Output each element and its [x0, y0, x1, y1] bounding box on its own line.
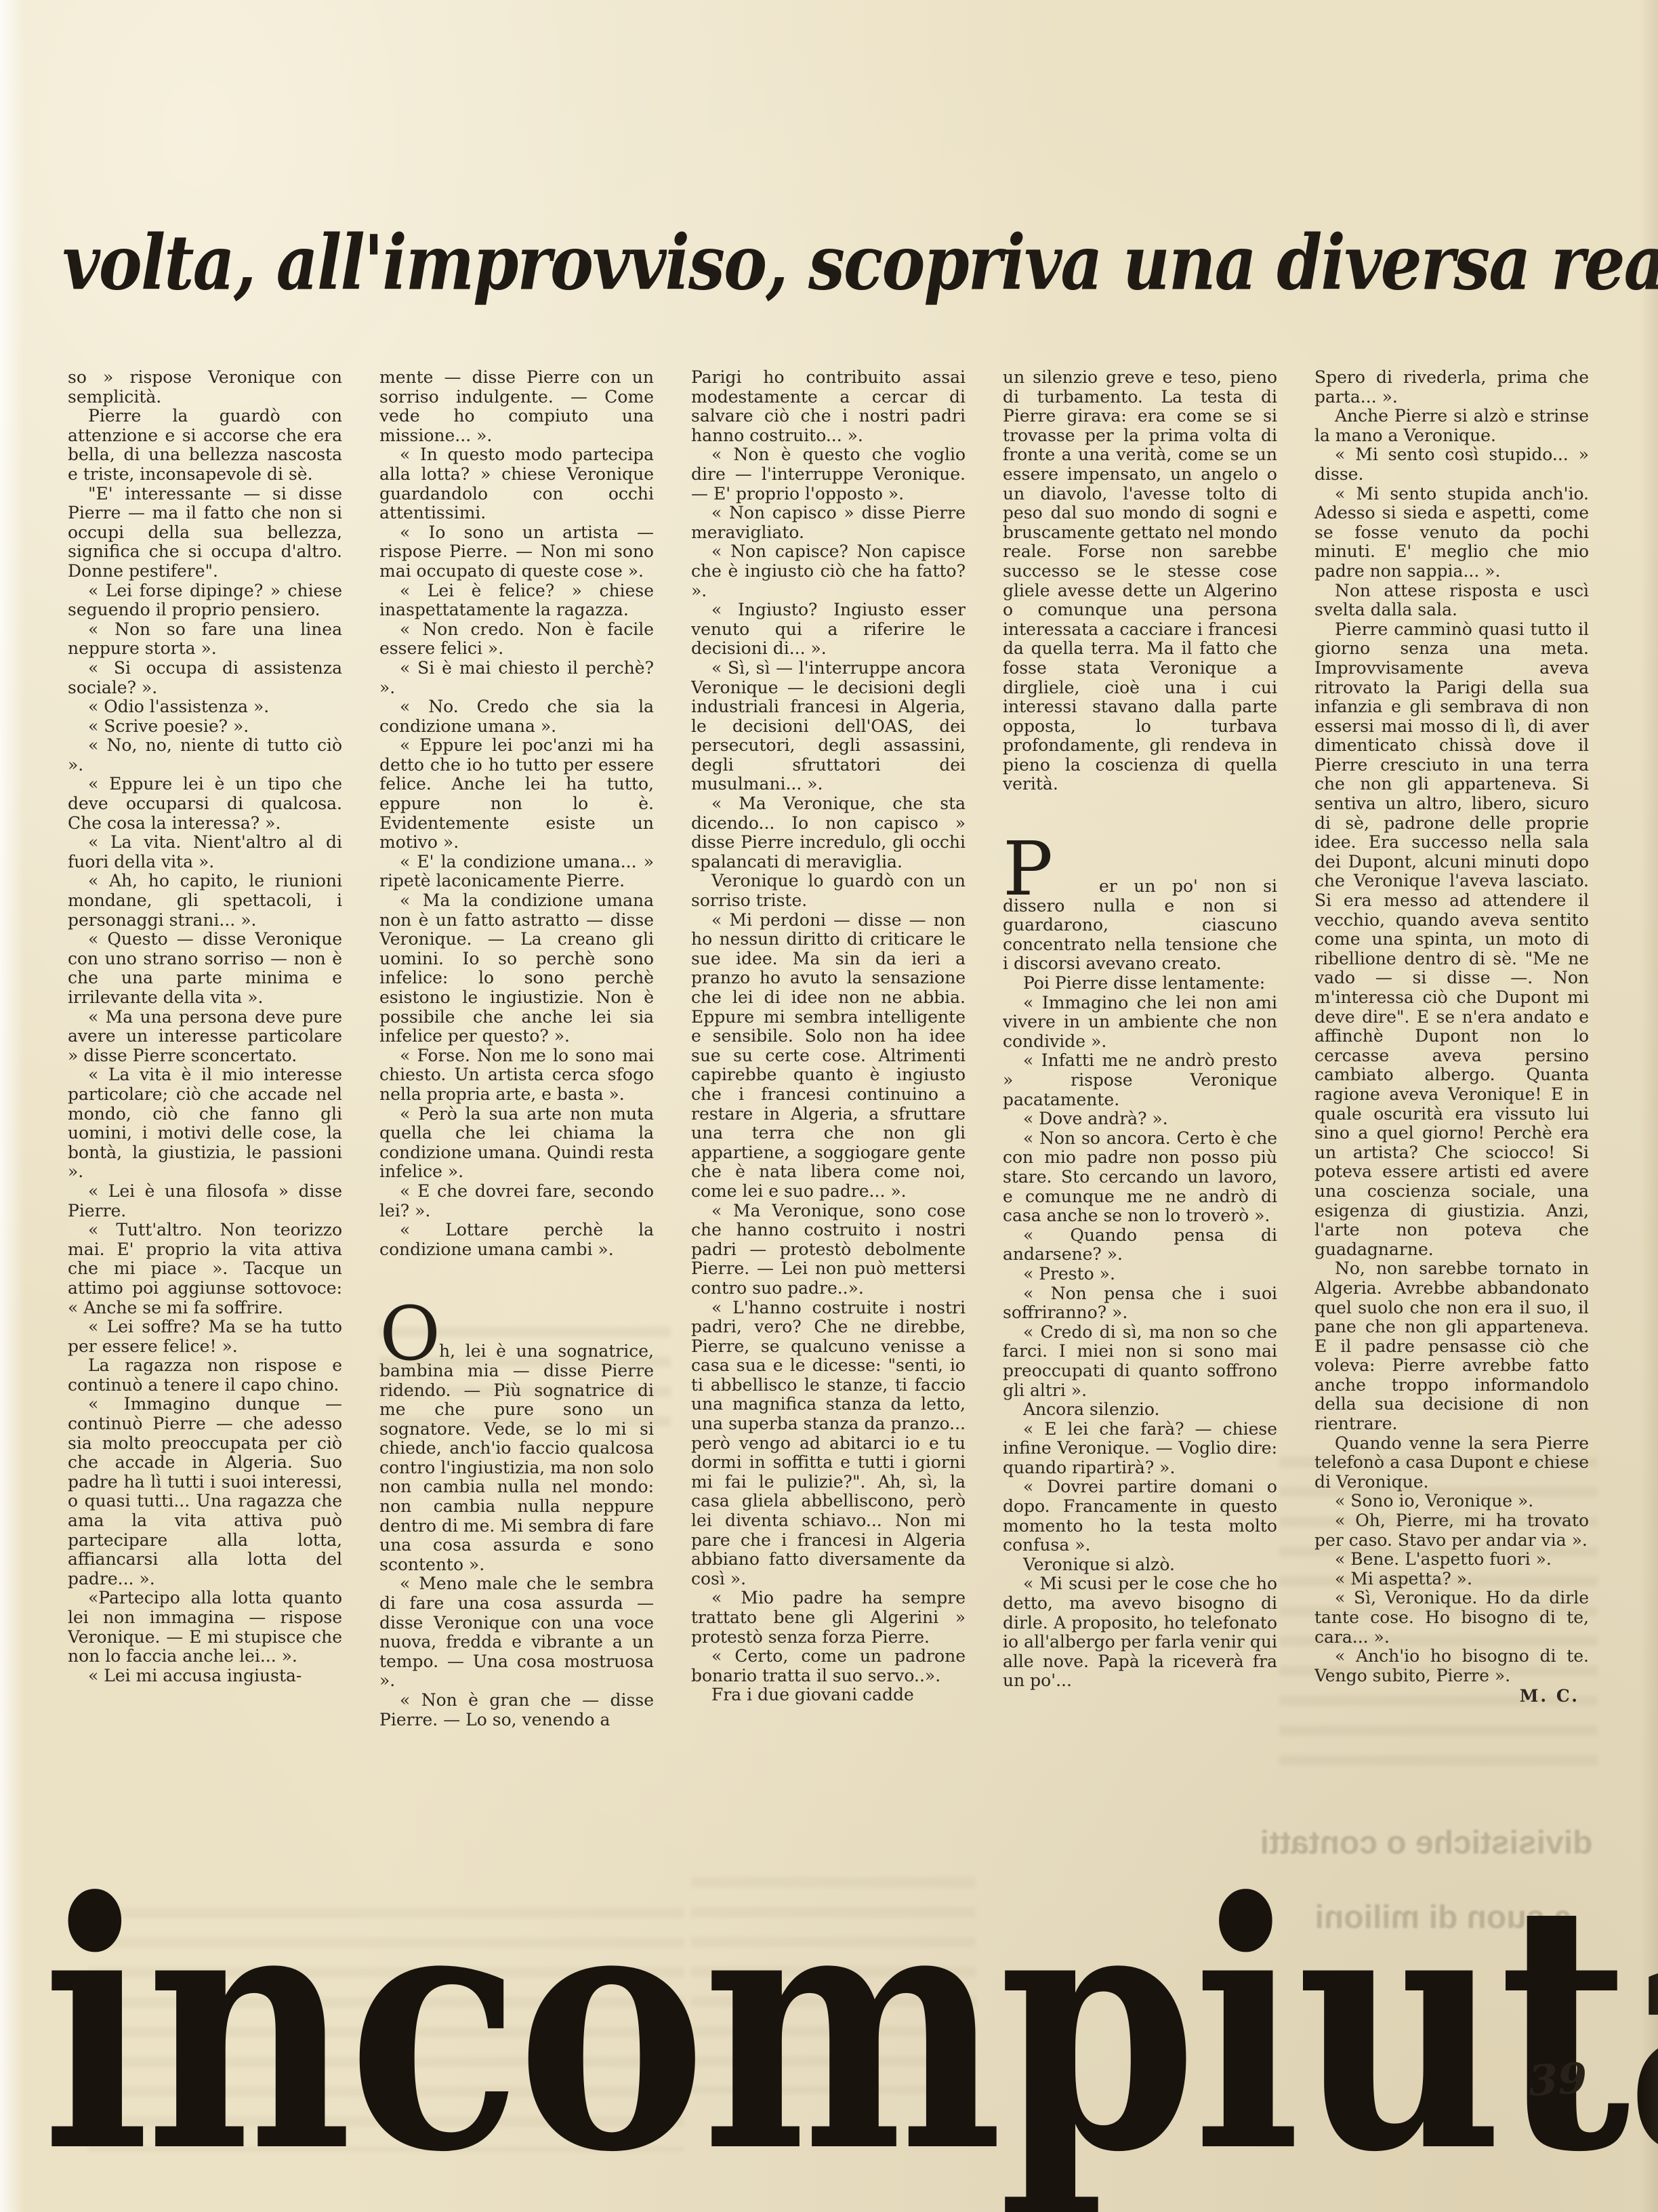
paragraph: Fra i due giovani cadde	[691, 1685, 966, 1705]
paragraph: « Quando pensa di andarsene? ».	[1003, 1226, 1277, 1265]
paragraph: Parigi ho contribuito assai modestamente…	[691, 368, 966, 445]
paragraph: « Immagino dunque — continuò Pierre — ch…	[68, 1395, 342, 1589]
paragraph: « Non è gran che — disse Pierre. — Lo so…	[379, 1691, 654, 1729]
paragraph: « Sono io, Veronique ».	[1314, 1492, 1589, 1511]
paragraph: Non attese risposta e uscì svelta dalla …	[1314, 581, 1589, 620]
paragraph: Poi Pierre disse lentamente:	[1003, 974, 1277, 994]
paragraph: Veronique si alzò.	[1003, 1555, 1277, 1575]
paragraph: « Ma una persona deve pure avere un inte…	[68, 1008, 342, 1066]
paragraph: « Però la sua arte non muta quella che l…	[379, 1105, 654, 1182]
paragraph: « Questo — disse Veronique con uno stran…	[68, 930, 342, 1007]
scan-edge-shadow	[1640, 0, 1658, 2212]
text-column: so » rispose Veronique con semplicità.Pi…	[68, 368, 342, 1869]
paragraph: « Bene. L'aspetto fuori ».	[1314, 1550, 1589, 1570]
paragraph: « E che dovrei fare, secondo lei? ».	[379, 1182, 654, 1221]
paragraph: « Ma la condizione umana non è un fatto …	[379, 891, 654, 1046]
paragraph: « Tutt'altro. Non teorizzo mai. E' propr…	[68, 1221, 342, 1317]
big-headline-word: incompiuta	[42, 1858, 1658, 2197]
paragraph: « Eppure lei è un tipo che deve occupars…	[68, 775, 342, 833]
paragraph: « Non so fare una linea neppure storta »…	[68, 620, 342, 659]
paragraph: « Mi aspetta? ».	[1314, 1570, 1589, 1589]
paragraph: « Si è mai chiesto il perchè? ».	[379, 659, 654, 697]
paragraph: « Mi perdoni — disse — non ho nessun dir…	[691, 911, 966, 1202]
paragraph: Anche Pierre si alzò e strinse la mano a…	[1314, 407, 1589, 445]
paragraph: « Ma Veronique, che sta dicendo... Io no…	[691, 794, 966, 872]
text-column: Spero di rivederla, prima che parta... »…	[1314, 368, 1589, 1869]
paragraph: « No. Credo che sia la condizione umana …	[379, 697, 654, 736]
paragraph: « E' la condizione umana... » ripetè lac…	[379, 853, 654, 891]
paragraph: « Mi sento stupida anch'io. Adesso si si…	[1314, 485, 1589, 581]
paragraph: Quando venne la sera Pierre telefonò a c…	[1314, 1434, 1589, 1492]
paragraph: « Ah, ho capito, le riunioni mondane, gl…	[68, 872, 342, 930]
paragraph: mente — disse Pierre con un sorriso indu…	[379, 368, 654, 445]
paragraph: « Non capisce? Non capisce che è ingiust…	[691, 542, 966, 600]
article-columns: so » rispose Veronique con semplicità.Pi…	[68, 368, 1589, 1869]
kicker-title: volta, all'improvviso, scopriva una dive…	[62, 218, 1658, 307]
paragraph: «Partecipo alla lotta quanto lei non imm…	[68, 1589, 342, 1666]
paragraph: « Immagino che lei non ami vivere in un …	[1003, 994, 1277, 1052]
paragraph: « Lei è felice? » chiese inaspettatament…	[379, 581, 654, 620]
paragraph: « Sì, sì — l'interruppe ancora Veronique…	[691, 659, 966, 794]
paragraph: « Forse. Non me lo sono mai chiesto. Un …	[379, 1046, 654, 1105]
scan-edge-highlight	[0, 0, 24, 2212]
paragraph: Per un po' non si dissero nulla e non si…	[1003, 877, 1277, 974]
paragraph: « Presto ».	[1003, 1265, 1277, 1284]
paragraph: Spero di rivederla, prima che parta... »…	[1314, 368, 1589, 407]
paragraph: « Infatti me ne andrò presto » rispose V…	[1003, 1051, 1277, 1109]
paragraph: « Odio l'assistenza ».	[68, 697, 342, 717]
paragraph: « Non pensa che i suoi soffriranno? ».	[1003, 1284, 1277, 1323]
paragraph: « Io sono un artista — rispose Pierre. —…	[379, 523, 654, 581]
drop-cap-letter: O	[379, 1300, 440, 1368]
paragraph: Pierre camminò quasi tutto il giorno sen…	[1314, 620, 1589, 1260]
paragraph: so » rispose Veronique con semplicità.	[68, 368, 342, 407]
paragraph: « L'hanno costruite i nostri padri, vero…	[691, 1298, 966, 1589]
paragraph: Veronique lo guardò con un sorriso trist…	[691, 872, 966, 910]
text-column: mente — disse Pierre con un sorriso indu…	[379, 368, 654, 1869]
paragraph: « Non capisco » disse Pierre meravigliat…	[691, 504, 966, 542]
author-initials: M. C.	[1314, 1687, 1589, 1706]
paragraph: « Mio padre ha sempre trattato bene gli …	[691, 1589, 966, 1647]
paragraph: Ancora silenzio.	[1003, 1400, 1277, 1420]
paragraph: « Scrive poesie? ».	[68, 717, 342, 737]
paragraph: « Mi scusi per le cose che ho detto, ma …	[1003, 1574, 1277, 1691]
paragraph: « La vita è il mio interesse particolare…	[68, 1065, 342, 1182]
paragraph: « In questo modo partecipa alla lotta? »…	[379, 445, 654, 523]
text-column: un silenzio greve e teso, pieno di turba…	[1003, 368, 1277, 1869]
paragraph: « Certo, come un padrone bonario tratta …	[691, 1647, 966, 1685]
paragraph: "E' interessante — si disse Pierre — ma …	[68, 485, 342, 581]
paragraph: « Credo di sì, ma non so che farci. I mi…	[1003, 1323, 1277, 1400]
paragraph: Oh, lei è una sognatrice, bambina mia — …	[379, 1342, 654, 1574]
paragraph: « Non è questo che voglio dire — l'inter…	[691, 445, 966, 504]
drop-cap-letter: P	[1003, 835, 1053, 903]
paragraph: « Lottare perchè la condizione umana cam…	[379, 1221, 654, 1259]
paragraph: « Si occupa di assistenza sociale? ».	[68, 659, 342, 697]
paragraph: « Non credo. Non è facile essere felici …	[379, 620, 654, 659]
text-column: Parigi ho contribuito assai modestamente…	[691, 368, 966, 1869]
paragraph: « Meno male che le sembra di fare una co…	[379, 1574, 654, 1691]
paragraph: un silenzio greve e teso, pieno di turba…	[1003, 368, 1277, 794]
paragraph: « Mi sento così stupido... » disse.	[1314, 445, 1589, 484]
paragraph: « Sì, Veronique. Ho da dirle tante cose.…	[1314, 1589, 1589, 1647]
paragraph: « Dovrei partire domani o dopo. Francame…	[1003, 1477, 1277, 1555]
paragraph: « No, no, niente di tutto ciò ».	[68, 736, 342, 775]
paragraph: « Non so ancora. Certo è che con mio pad…	[1003, 1129, 1277, 1226]
paragraph: « Lei forse dipinge? » chiese seguendo i…	[68, 581, 342, 620]
paragraph: « La vita. Nient'altro al di fuori della…	[68, 833, 342, 872]
paragraph: « Oh, Pierre, mi ha trovato per caso. St…	[1314, 1511, 1589, 1550]
paragraph: La ragazza non rispose e continuò a tene…	[68, 1356, 342, 1395]
paragraph: « Anch'io ho bisogno di te. Vengo subito…	[1314, 1647, 1589, 1685]
paragraph: « Eppure lei poc'anzi mi ha detto che io…	[379, 736, 654, 853]
paragraph: No, non sarebbe tornato in Algeria. Avre…	[1314, 1259, 1589, 1433]
paragraph: « Ma Veronique, sono cose che hanno cost…	[691, 1202, 966, 1298]
paragraph: « E lei che farà? — chiese infine Veroni…	[1003, 1420, 1277, 1478]
paragraph: Pierre la guardò con attenzione e si acc…	[68, 407, 342, 484]
paragraph: « Lei è una filosofa » disse Pierre.	[68, 1182, 342, 1221]
paragraph: « Lei soffre? Ma se ha tutto per essere …	[68, 1317, 342, 1356]
paragraph: « Dove andrà? ».	[1003, 1109, 1277, 1129]
paragraph: « Ingiusto? Ingiusto esser venuto qui a …	[691, 600, 966, 659]
page-number: 39	[1527, 2053, 1588, 2106]
paragraph: « Lei mi accusa ingiusta-	[68, 1666, 342, 1686]
